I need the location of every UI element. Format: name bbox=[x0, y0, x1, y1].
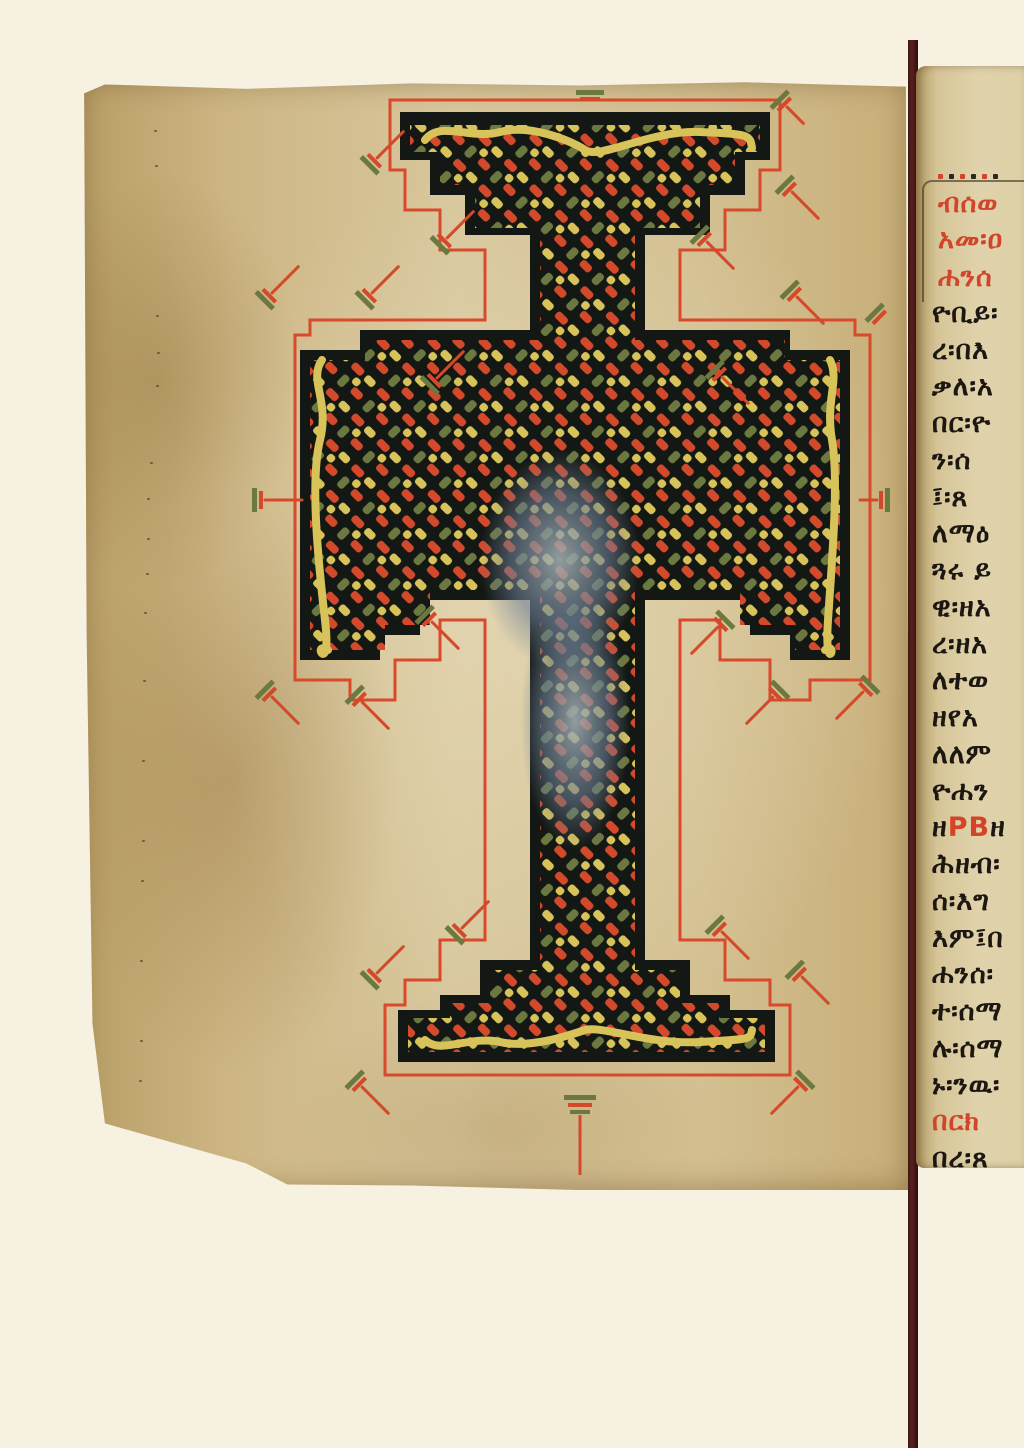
text-line: እም፤በ bbox=[932, 923, 1004, 955]
text-line: ን፡ሰ bbox=[932, 445, 971, 477]
text-line: ሕዘብ፡ bbox=[932, 849, 1001, 881]
frame-dots bbox=[938, 174, 998, 179]
text-line: በር፡ዮ bbox=[932, 408, 991, 440]
text-line: ዮሐን bbox=[932, 776, 989, 808]
text-line: አመ፡ዐ bbox=[938, 224, 1003, 256]
text-line: ሐንሰ bbox=[938, 262, 993, 294]
text-line: ዊ፡ዘአ bbox=[932, 592, 991, 624]
text-line: ቃለ፡አ bbox=[932, 371, 994, 403]
manuscript-photo: ብሰወ አመ፡ዐ ሐንሰ ዮቢይ፡ ረ፡በእ ቃለ፡አ በር፡ዮ ን፡ሰ ፤፡ጸ… bbox=[0, 0, 1024, 1448]
text-fragment: ዘ bbox=[990, 812, 1006, 843]
text-line: ብሰወ bbox=[938, 188, 998, 220]
text-line: ለለም bbox=[932, 739, 992, 771]
cross-body bbox=[300, 112, 850, 1062]
text-line: ጓሩ ይ bbox=[932, 555, 992, 587]
text-line: በርክ bbox=[932, 1106, 980, 1138]
text-line: በረ፡ጸ bbox=[932, 1143, 989, 1175]
text-line: ለማዕ bbox=[932, 518, 990, 550]
text-fragment: ዘ bbox=[932, 812, 948, 843]
right-folio: ብሰወ አመ፡ዐ ሐንሰ ዮቢይ፡ ረ፡በእ ቃለ፡አ በር፡ዮ ን፡ሰ ፤፡ጸ… bbox=[916, 66, 1024, 1168]
text-line: ረ፡በእ bbox=[932, 335, 989, 367]
text-line: ፤፡ጸ bbox=[932, 482, 968, 514]
rubric-numeral: PB bbox=[948, 812, 990, 843]
text-line: ለተወ bbox=[932, 665, 989, 697]
text-line: ዘPBዘ bbox=[932, 812, 1006, 844]
text-line: ረ፡ዘአ bbox=[932, 629, 988, 661]
text-line: ሰ፡እግ bbox=[932, 886, 990, 918]
text-line: ኑ፡ንዉ፡ bbox=[932, 1070, 1000, 1102]
text-line: ዘየአ bbox=[932, 702, 979, 734]
interlace-cross-illumination bbox=[0, 0, 1024, 1448]
text-line: ሉ፡ሰማ bbox=[932, 1033, 1004, 1065]
text-line: ተ፡ሰማ bbox=[932, 996, 1002, 1028]
text-line: ዮቢይ፡ bbox=[932, 298, 999, 330]
text-line: ሐንሰ፡ bbox=[932, 959, 994, 991]
